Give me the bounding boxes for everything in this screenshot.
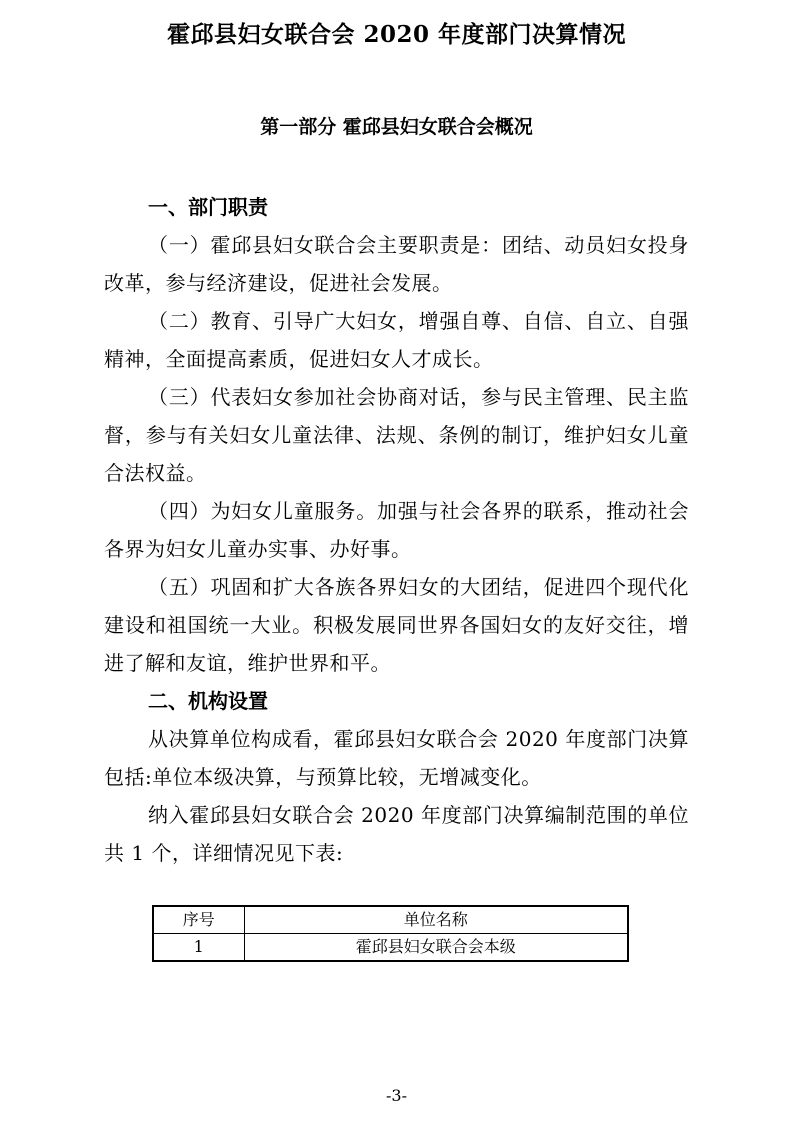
- unit-list-table: 序号 单位名称 1 霍邱县妇女联合会本级: [152, 905, 629, 962]
- part1-heading: 第一部分 霍邱县妇女联合会概况: [0, 112, 793, 142]
- table-row: 1 霍邱县妇女联合会本级: [153, 934, 628, 962]
- section1-paragraph-4: （四）为妇女儿童服务。加强与社会各界的联系，推动社会各界为妇女儿童办实事、办好事…: [104, 492, 689, 568]
- table-header-row: 序号 单位名称: [153, 906, 628, 934]
- section1-paragraph-1: （一）霍邱县妇女联合会主要职责是：团结、动员妇女投身改革，参与经济建设，促进社会…: [104, 226, 689, 302]
- section1-heading: 一、部门职责: [104, 188, 689, 226]
- table-cell-unit-name: 霍邱县妇女联合会本级: [244, 934, 628, 962]
- table-cell-seq: 1: [153, 934, 244, 962]
- document-page: 霍邱县妇女联合会 2020 年度部门决算情况 第一部分 霍邱县妇女联合会概况 一…: [0, 0, 793, 1122]
- section1-paragraph-2: （二）教育、引导广大妇女，增强自尊、自信、自立、自强精神，全面提高素质，促进妇女…: [104, 302, 689, 378]
- section2-paragraph-2: 纳入霍邱县妇女联合会 2020 年度部门决算编制范围的单位共 1 个，详细情况见…: [104, 796, 689, 872]
- table-header-seq: 序号: [153, 906, 244, 934]
- page-number: -3-: [0, 1084, 793, 1108]
- document-body: 一、部门职责 （一）霍邱县妇女联合会主要职责是：团结、动员妇女投身改革，参与经济…: [104, 188, 689, 962]
- table-header-unit-name: 单位名称: [244, 906, 628, 934]
- section1-paragraph-3: （三）代表妇女参加社会协商对话，参与民主管理、民主监督，参与有关妇女儿童法律、法…: [104, 378, 689, 492]
- document-title: 霍邱县妇女联合会 2020 年度部门决算情况: [0, 18, 793, 52]
- section2-heading: 二、机构设置: [104, 682, 689, 720]
- section1-paragraph-5: （五）巩固和扩大各族各界妇女的大团结，促进四个现代化建设和祖国统一大业。积极发展…: [104, 568, 689, 682]
- section2-paragraph-1: 从决算单位构成看，霍邱县妇女联合会 2020 年度部门决算包括:单位本级决算，与…: [104, 720, 689, 796]
